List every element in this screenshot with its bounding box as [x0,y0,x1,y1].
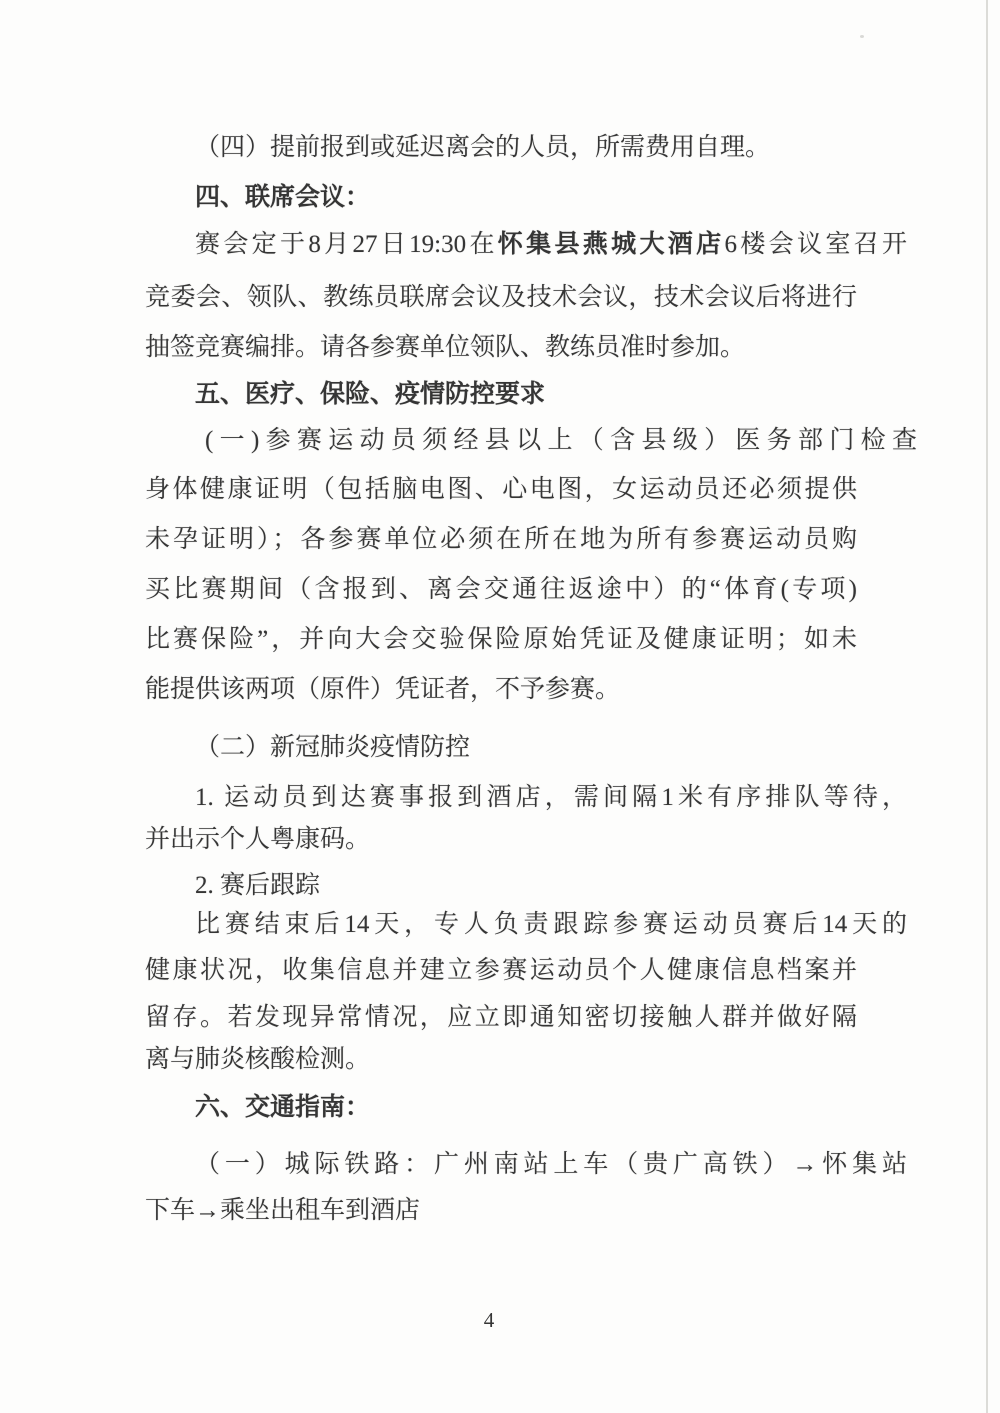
body-line: 买比赛期间（含报到、离会交通往返途中）的“体育(专项) [145,568,857,612]
subheading-covid-control: （二）新冠肺炎疫情防控 [145,726,907,770]
body-line: 离与肺炎核酸检测。 [145,1038,857,1082]
subheading-post-race-tracking: 2. 赛后跟踪 [145,864,907,908]
scan-edge-artifact [986,0,988,1413]
body-line: 并出示个人粤康码。 [145,818,857,862]
heading-traffic-guide: 六、交通指南： [145,1086,907,1130]
body-line: 竞委会、领队、教练员联席会议及技术会议，技术会议后将进行 [145,276,857,320]
body-line: （一）城际铁路：广州南站上车（贵广高铁）→怀集站 [145,1143,907,1187]
body-line: 未孕证明）；各参赛单位必须在所在地为所有参赛运动员购 [145,518,857,562]
body-line: 抽签竞赛编排。请各参赛单位领队、教练员准时参加。 [145,326,857,370]
page-number: 4 [133,1305,845,1335]
meeting-room-text: 6楼会议室召开 [724,231,907,258]
body-line: 下车→乘坐出租车到酒店 [145,1189,857,1233]
body-line: 比赛结束后14天，专人负责跟踪参赛运动员赛后14天的 [145,903,907,947]
body-line: 1. 运动员到达赛事报到酒店，需间隔1米有序排队等待， [145,776,907,820]
body-line: 身体健康证明（包括脑电图、心电图，女运动员还必须提供 [145,468,857,512]
body-line: 留存。若发现异常情况，应立即通知密切接触人群并做好隔 [145,996,857,1040]
body-line: （四）提前报到或延迟离会的人员，所需费用自理。 [145,126,907,170]
meeting-time-text: 赛会定于8月27日19:30在 [195,231,498,258]
heading-joint-meeting: 四、联席会议： [145,176,907,220]
hotel-name: 怀集县燕城大酒店 [498,231,725,258]
heading-medical-insurance: 五、医疗、保险、疫情防控要求 [145,373,907,417]
scanned-document-page: （四）提前报到或延迟离会的人员，所需费用自理。 四、联席会议： 赛会定于8月27… [0,0,1000,1413]
body-line: 赛会定于8月27日19:30在怀集县燕城大酒店6楼会议室召开 [145,223,907,267]
body-line: (一)参赛运动员须经县以上（含县级）医务部门检查 [145,419,917,463]
body-line: 能提供该两项（原件）凭证者，不予参赛。 [145,668,857,712]
scan-speck-artifact [860,35,864,38]
body-line: 健康状况，收集信息并建立参赛运动员个人健康信息档案并 [145,949,857,993]
body-line: 比赛保险”，并向大会交验保险原始凭证及健康证明；如未 [145,618,857,662]
